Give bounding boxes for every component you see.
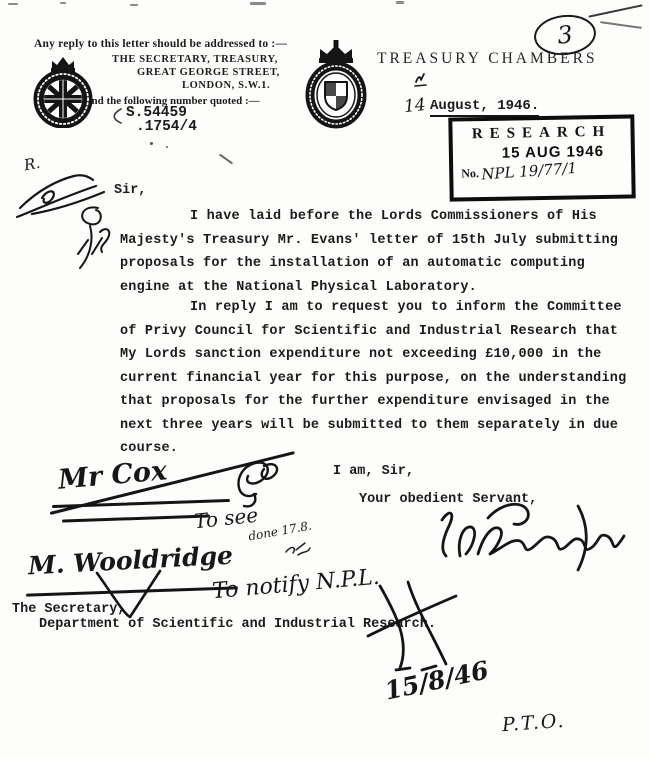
done-initials-icon — [282, 536, 312, 558]
para2-line: course. — [120, 437, 626, 461]
para1-line: I have laid before the Lords Commissione… — [120, 205, 618, 229]
pen-stroke — [588, 4, 642, 17]
pen-stroke — [600, 21, 642, 28]
scan-artifact — [396, 1, 404, 4]
para1-line: Majesty's Treasury Mr. Evans' letter of … — [120, 229, 618, 253]
scan-artifact — [250, 2, 266, 5]
pen-hook-mark-icon — [108, 107, 124, 125]
scan-artifact — [130, 4, 138, 6]
reply-note: Any reply to this letter should be addre… — [34, 38, 287, 50]
scan-artifact — [166, 146, 168, 148]
research-received-stamp: RESEARCH 15 AUG 1946 No. NPL 19/77/1 — [448, 114, 635, 201]
royal-coat-of-arms-icon — [299, 40, 373, 130]
stamp-title: RESEARCH — [452, 118, 630, 143]
signature-scrawl-icon — [430, 496, 635, 580]
recipient-flourish-icon — [352, 580, 467, 672]
underline-stroke — [62, 514, 210, 522]
street-line: GREAT GEORGE STREET, — [137, 67, 280, 78]
scan-artifact — [150, 142, 153, 145]
margin-initials-scrawl-icon — [66, 198, 118, 276]
addressee-line: THE SECRETARY, TREASURY, — [112, 54, 278, 65]
para2-line: My Lords sanction expenditure not exceed… — [120, 343, 626, 367]
para1-line: proposals for the installation of an aut… — [120, 252, 618, 276]
salutation: Sir, — [114, 183, 146, 198]
handwritten-date-day: 14 — [403, 95, 427, 117]
check-tick-icon — [412, 72, 430, 90]
stamp-no-value: NPL 19/77/1 — [480, 159, 577, 184]
reference-number-2: .1754/4 — [136, 119, 197, 135]
para2-line: of Privy Council for Scientific and Indu… — [120, 320, 626, 344]
para2-line: current financial year for this purpose,… — [120, 367, 626, 391]
stamp-no-label: No. — [461, 166, 479, 181]
recipient-line-1: The Secretary, — [12, 602, 125, 617]
closing-line-1: I am, Sir, — [333, 464, 414, 479]
paragraph-1: I have laid before the Lords Commissione… — [120, 205, 618, 299]
page-number: 3 — [556, 20, 574, 49]
city-line: LONDON, S.W.1. — [182, 80, 270, 91]
pto-note: P.T.O. — [501, 710, 566, 736]
para2-line: next three years will be submitted to th… — [120, 414, 626, 438]
scanned-letter-page: Any reply to this letter should be addre… — [0, 0, 650, 759]
union-jack-crown-badge-icon — [30, 54, 96, 128]
para2-line: In reply I am to request you to inform t… — [120, 296, 626, 320]
para2-line: that proposals for the further expenditu… — [120, 390, 626, 414]
stamp-date: 15 AUG 1946 — [453, 142, 631, 162]
scan-artifact — [60, 2, 66, 4]
paragraph-2: In reply I am to request you to inform t… — [120, 296, 626, 461]
scan-artifact — [219, 154, 233, 165]
typed-date: August, 1946. — [430, 98, 539, 117]
scan-artifact — [8, 3, 18, 5]
